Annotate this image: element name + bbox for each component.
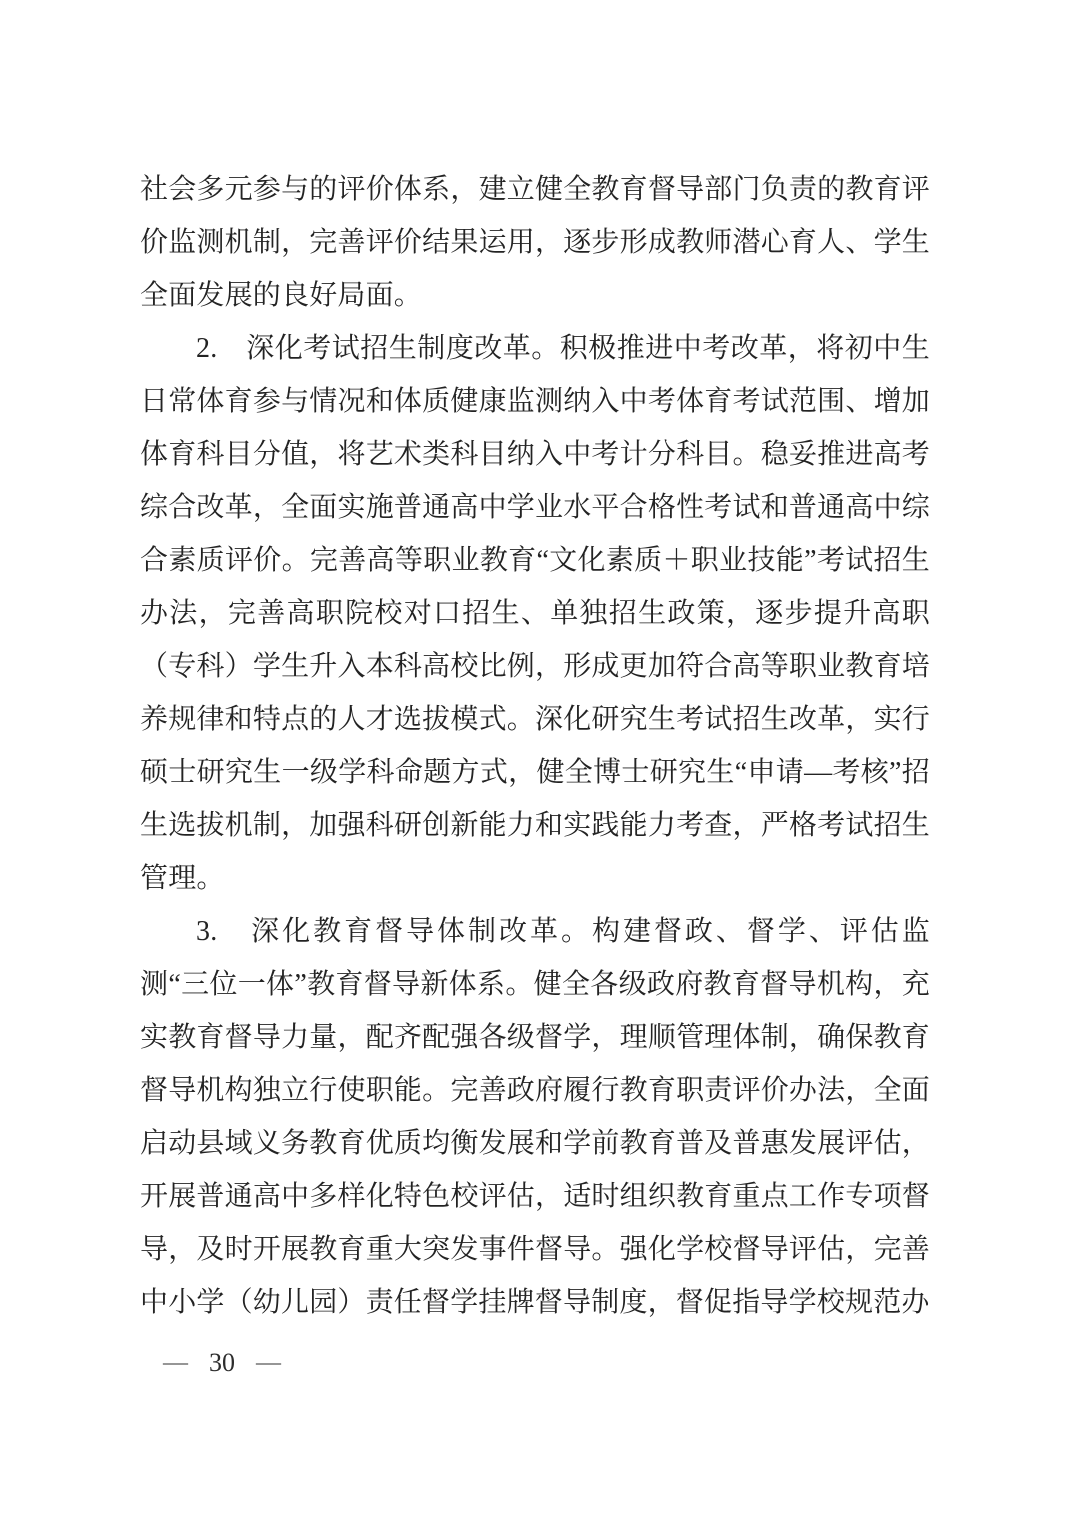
document-page: 社会多元参与的评价体系，建立健全教育督导部门负责的教育评价监测机制，完善评价结果…: [0, 0, 1074, 1520]
paragraph-continuation: 社会多元参与的评价体系，建立健全教育督导部门负责的教育评价监测机制，完善评价结果…: [140, 163, 930, 322]
page-number: 30: [209, 1348, 235, 1378]
paragraph-item-3: 3. 深化教育督导体制改革。构建督政、督学、评估监测“三位一体”教育督导新体系。…: [140, 905, 930, 1329]
footer-dash-right: —: [256, 1352, 281, 1374]
page-footer: — 30 —: [163, 1348, 281, 1378]
page-body: 社会多元参与的评价体系，建立健全教育督导部门负责的教育评价监测机制，完善评价结果…: [140, 163, 930, 1329]
footer-dash-left: —: [163, 1352, 188, 1374]
paragraph-item-2: 2. 深化考试招生制度改革。积极推进中考改革，将初中生日常体育参与情况和体质健康…: [140, 322, 930, 905]
